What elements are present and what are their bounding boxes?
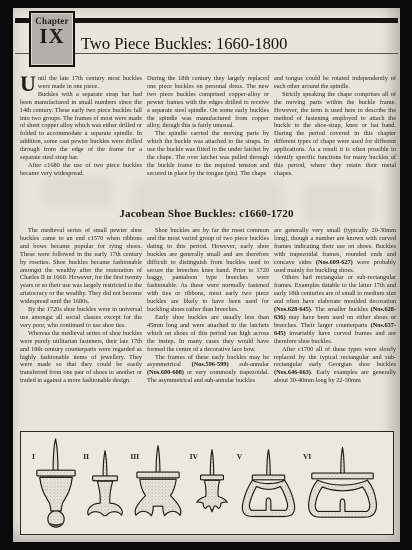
paragraph: Until the late 17th century most buckles… xyxy=(20,75,142,91)
chape-iii-illustration xyxy=(131,438,185,534)
figure-label: III xyxy=(130,452,139,461)
paragraph: Buckles with a separate strap bar had be… xyxy=(20,91,142,162)
catalogue-reference: (Nos.596-599) xyxy=(192,361,229,368)
paragraph: After c1680 the use of two piece buckles… xyxy=(20,162,142,178)
section-column-3: are generally very small (typically 20-3… xyxy=(274,227,396,429)
paragraph: During the 18th century they largely rep… xyxy=(147,75,269,130)
chapter-numeral: IX xyxy=(31,26,73,47)
figure-label: V xyxy=(237,452,242,461)
chape-figure-2: II xyxy=(84,434,126,534)
chape-figure-5: V xyxy=(238,434,299,534)
figure-label: I xyxy=(32,452,35,461)
chape-i-illustration xyxy=(33,438,79,534)
chape-v-illustration xyxy=(238,438,299,534)
figure-label: VI xyxy=(303,452,311,461)
book-page-scan: Chapter IX Two Piece Buckles: 1660-1800 … xyxy=(0,0,412,550)
paragraph: The spindle carried the moving parts by … xyxy=(147,130,269,177)
paragraph: Early shoe buckles are usually less than… xyxy=(147,314,269,354)
chape-figure-1: I xyxy=(33,434,79,534)
catalogue-reference: (Nos.646-663) xyxy=(274,369,311,376)
figure-label: II xyxy=(83,452,89,461)
paragraph: Strictly speaking the chape comprises al… xyxy=(274,91,396,178)
paragraph: The medieval series of small pewter shoe… xyxy=(20,227,142,306)
drop-cap: U xyxy=(20,75,38,92)
chape-ii-illustration xyxy=(84,438,126,534)
paragraph: and tongue could be rotated independentl… xyxy=(274,75,396,91)
paragraph: are generally very small (typically 20-3… xyxy=(274,227,396,274)
chape-vi-illustration xyxy=(304,438,381,534)
paragraph: After c1700 all of these types were slow… xyxy=(274,346,396,386)
section-heading: Jacobean Shoe Buckles: c1660-1720 xyxy=(13,208,400,220)
intro-section: Until the late 17th century most buckles… xyxy=(20,75,396,206)
page: Chapter IX Two Piece Buckles: 1660-1800 … xyxy=(13,8,400,542)
chape-figure-3: III xyxy=(131,434,185,534)
section-column-1: The medieval series of small pewter shoe… xyxy=(20,227,142,429)
page-title: Two Piece Buckles: 1660-1800 xyxy=(81,34,287,54)
intro-column-3: and tongue could be rotated independentl… xyxy=(274,75,396,206)
chape-figure-6: VI xyxy=(304,434,381,534)
chape-figure-4: IV xyxy=(191,434,233,534)
catalogue-reference: (Nos.628-645) xyxy=(274,306,311,313)
intro-column-2: During the 18th century they largely rep… xyxy=(147,75,269,206)
catalogue-reference: (Nos.609-627) xyxy=(316,259,353,266)
paragraph: Shoe buckles are by far the most common … xyxy=(147,227,269,314)
paragraph: The frames of these early buckles may be… xyxy=(147,354,269,386)
intro-column-1: Until the late 17th century most buckles… xyxy=(20,75,142,206)
catalogue-reference: (Nos.600-608) xyxy=(147,369,184,376)
chapter-box: Chapter IX xyxy=(29,11,75,67)
paragraph: Whereas the medieval series of shoe buck… xyxy=(20,330,142,385)
paragraph: By the 1720s shoe buckles were in univer… xyxy=(20,306,142,330)
section-column-2: Shoe buckles are by far the most common … xyxy=(147,227,269,429)
figure-label: IV xyxy=(190,452,198,461)
jacobean-section: The medieval series of small pewter shoe… xyxy=(20,227,396,429)
figure-panel: I II xyxy=(20,431,394,535)
paragraph: Others had rectangular or sub-rectangula… xyxy=(274,274,396,345)
